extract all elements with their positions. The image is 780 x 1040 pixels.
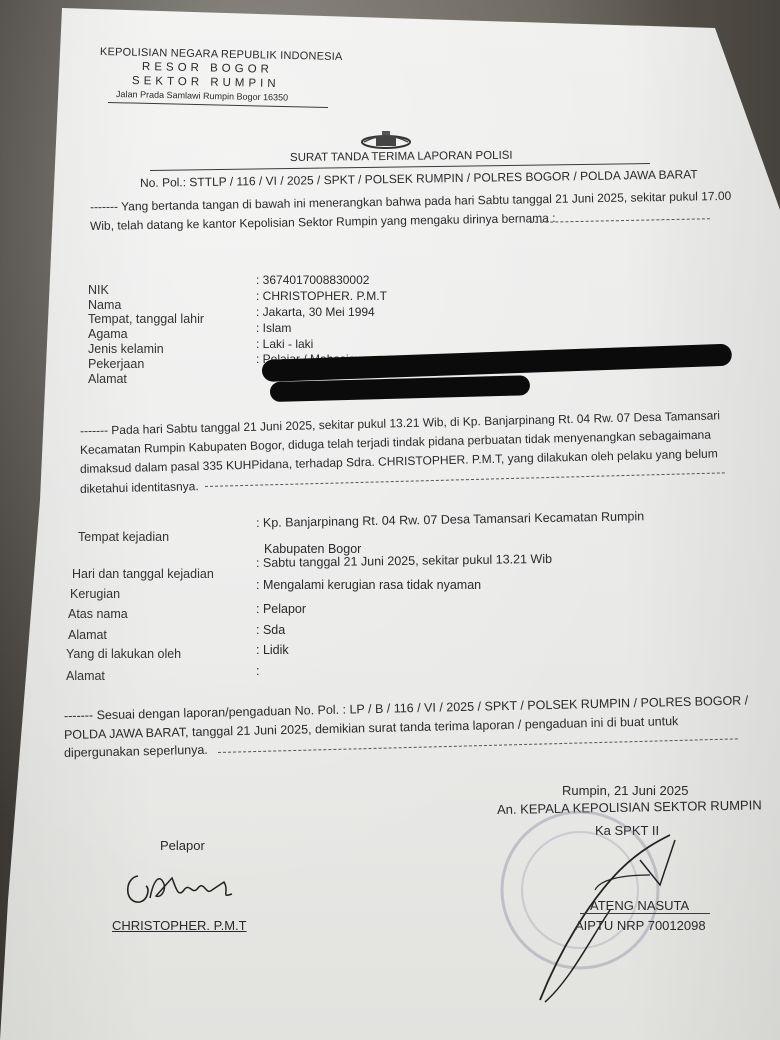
detail-value: : Lidik: [256, 643, 289, 657]
reporter-label: Pelapor: [160, 838, 205, 853]
identity-label: Tempat, tanggal lahir: [88, 312, 204, 326]
officer-position: Ka SPKT II: [595, 823, 659, 838]
place-date: Rumpin, 21 Juni 2025: [562, 783, 688, 798]
detail-label: Atas nama: [68, 607, 128, 621]
detail-value: :: [256, 664, 259, 678]
detail-value: : Mengalami kerugian rasa tidak nyaman: [256, 578, 481, 592]
officer-name-underline: [580, 913, 710, 914]
detail-value: : Pelapor: [256, 602, 306, 616]
incident-line-4: diketahui identitasnya.: [80, 479, 199, 496]
officer-rank-nrp: AIPTU NRP 70012098: [575, 918, 706, 933]
identity-label: Jenis kelamin: [88, 342, 164, 356]
identity-value: : 3674017008830002: [256, 273, 369, 287]
identity-label: Pekerjaan: [88, 357, 144, 371]
detail-label: Tempat kejadian: [78, 530, 169, 544]
identity-value: : Jakarta, 30 Mei 1994: [256, 305, 375, 319]
identity-label: Alamat: [88, 372, 127, 386]
identity-value: : CHRISTOPHER. P.M.T: [256, 289, 387, 303]
document-title: SURAT TANDA TERIMA LAPORAN POLISI: [290, 150, 513, 164]
identity-value: : Islam: [256, 321, 291, 335]
identity-label: NIK: [88, 283, 109, 297]
officer-name: ATENG NASUTA: [590, 898, 689, 913]
detail-label: Hari dan tanggal kejadian: [72, 567, 214, 581]
detail-label: Alamat: [68, 628, 107, 642]
detail-label: Kerugian: [70, 587, 120, 601]
identity-value: : Laki - laki: [256, 337, 313, 351]
identity-label: Agama: [88, 327, 128, 341]
detail-label: Alamat: [66, 669, 105, 683]
identity-label: Nama: [88, 298, 121, 312]
reporter-name: CHRISTOPHER. P.M.T: [112, 918, 247, 933]
detail-value: : Sda: [256, 623, 285, 637]
detail-label: Yang di lakukan oleh: [66, 647, 181, 661]
